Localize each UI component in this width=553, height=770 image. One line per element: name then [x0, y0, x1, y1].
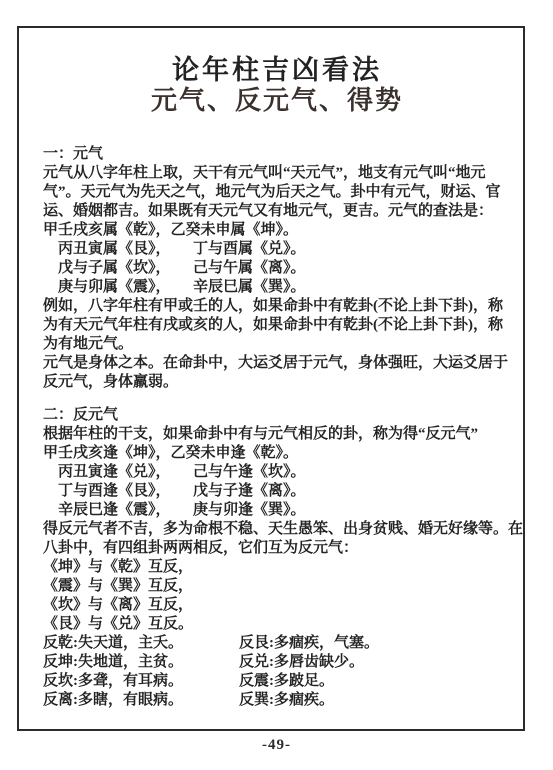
page-number: -49-	[0, 737, 553, 754]
body-line: 得反元气者不吉，多为命根不稳、天生愚笨、出身贫贱、婚无好缘等。在	[43, 520, 511, 539]
body-line: 丁与酉逢《艮》， 戊与子逢《离》。	[43, 482, 511, 501]
title-block: 论年柱吉凶看法 元气、反元气、得势	[43, 55, 511, 115]
effect-line: 反巽:多痼疾。	[239, 691, 511, 710]
body-line: 为有天元气年柱有戌或亥的人，如果命卦中有乾卦(不论上卦下卦)，称	[43, 316, 511, 335]
body-line: 庚与卯属《震》， 辛辰巳属《巽》。	[43, 278, 511, 297]
body-line: 八卦中，有四组卦两两相反，它们互为反元气：	[43, 539, 511, 558]
section-heading: 二：反元气	[43, 406, 511, 425]
body-line: 根据年柱的干支，如果命卦中有与元气相反的卦，称为得“反元气”	[43, 425, 511, 444]
body-line: 《震》与《巽》互反，	[43, 577, 511, 596]
trigram-effects-right-column: 反艮:多痼疾，气塞。 反兑:多唇齿缺少。 反震:多跛足。 反巽:多痼疾。	[239, 634, 511, 710]
body-line: 《坤》与《乾》互反，	[43, 558, 511, 577]
body-line: 为有地元气。	[43, 335, 511, 354]
body-line: 元气是身体之本。在命卦中，大运爻居于元气，身体强旺，大运爻居于	[43, 354, 511, 373]
body-line: 丙丑寅逢《兑》， 己与午逢《坎》。	[43, 463, 511, 482]
body-line: 运、婚姻都吉。如果既有天元气又有地元气，更吉。元气的查法是：	[43, 202, 511, 221]
effect-line: 反乾:失天道，主夭。	[43, 634, 239, 653]
body-text: 一：元气 元气从八字年柱上取，天干有元气叫“天元气”，地支有元气叫“地元 气”。…	[43, 145, 511, 710]
body-line: 例如，八字年柱有甲或壬的人，如果命卦中有乾卦(不论上卦下卦)，称	[43, 297, 511, 316]
section-fan-yuanqi: 二：反元气 根据年柱的干支，如果命卦中有与元气相反的卦，称为得“反元气” 甲壬戌…	[43, 406, 511, 634]
trigram-effects-columns: 反乾:失天道，主夭。 反坤:失地道，主贫。 反坎:多聋，有耳病。 反离:多瞎，有…	[43, 634, 511, 710]
body-line: 甲壬戌亥属《乾》，乙癸未申属《坤》。	[43, 221, 511, 240]
effect-line: 反坎:多聋，有耳病。	[43, 672, 239, 691]
body-line: 《艮》与《兑》互反。	[43, 615, 511, 634]
body-line: 丙丑寅属《艮》， 丁与酉属《兑》。	[43, 240, 511, 259]
section-yuanqi: 一：元气 元气从八字年柱上取，天干有元气叫“天元气”，地支有元气叫“地元 气”。…	[43, 145, 511, 392]
body-line: 反元气，身体羸弱。	[43, 373, 511, 392]
body-line: 甲壬戌亥逢《坤》，乙癸未申逢《乾》。	[43, 444, 511, 463]
body-line: 气”。天元气为先天之气，地元气为后天之气。卦中有元气，财运、官	[43, 183, 511, 202]
effect-line: 反震:多跛足。	[239, 672, 511, 691]
document-page: 论年柱吉凶看法 元气、反元气、得势 一：元气 元气从八字年柱上取，天干有元气叫“…	[0, 0, 553, 770]
page-title: 论年柱吉凶看法	[43, 55, 511, 85]
page-subtitle: 元气、反元气、得势	[43, 85, 511, 115]
effect-line: 反坤:失地道，主贫。	[43, 653, 239, 672]
body-line: 元气从八字年柱上取，天干有元气叫“天元气”，地支有元气叫“地元	[43, 164, 511, 183]
section-heading: 一：元气	[43, 145, 511, 164]
body-line: 《坎》与《离》互反，	[43, 596, 511, 615]
effect-line: 反离:多瞎，有眼病。	[43, 691, 239, 710]
body-line: 戊与子属《坎》， 己与午属《离》。	[43, 259, 511, 278]
page-content: 论年柱吉凶看法 元气、反元气、得势 一：元气 元气从八字年柱上取，天干有元气叫“…	[43, 0, 511, 710]
trigram-effects-left-column: 反乾:失天道，主夭。 反坤:失地道，主贫。 反坎:多聋，有耳病。 反离:多瞎，有…	[43, 634, 239, 710]
body-line: 辛辰巳逢《震》， 庚与卯逢《巽》。	[43, 501, 511, 520]
effect-line: 反艮:多痼疾，气塞。	[239, 634, 511, 653]
effect-line: 反兑:多唇齿缺少。	[239, 653, 511, 672]
